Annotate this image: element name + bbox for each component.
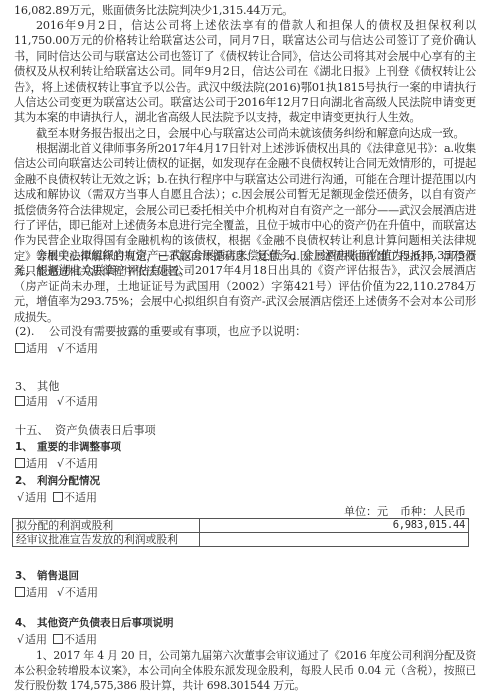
paragraph-dividend-resolution: 1、2017 年 4 月 20 日，公司第九届第六次董事会审议通过了《2016 …	[14, 648, 476, 691]
checkmark-icon: √	[17, 633, 24, 646]
applicable-label: 适用	[26, 457, 48, 470]
item-3-applicability: 适用√不适用	[15, 395, 98, 409]
applicable-label: 适用	[26, 395, 48, 408]
sub-2-applicability: √适用不适用	[17, 491, 97, 505]
sub-4-heading: 4、其他资产负债表日后事项说明	[15, 616, 174, 631]
paragraph-report-date-status: 截至本财务报告报出之日，会展中心与联富达公司尚未就该债务纠纷和解意向达成一致。	[14, 126, 476, 141]
checkbox-unchecked-icon	[15, 587, 25, 597]
checkmark-icon: √	[57, 457, 64, 470]
document-page: 16,082.89万元，账面债务比法院判决少1,315.44万元。 2016年9…	[0, 0, 490, 691]
table-cell-label: 拟分配的利润或股利	[13, 519, 200, 533]
applicable-label: 适用	[25, 491, 47, 504]
sub-4-title: 其他资产负债表日后事项说明	[37, 617, 174, 629]
paragraph-hotel-asset-valuation: 会展中心拟组织自有资产—武汉会展酒店来偿还债务，会展酒店账面价值为5,615.3…	[14, 248, 476, 325]
applicable-label: 适用	[25, 633, 47, 646]
sub-3-number: 3、	[15, 569, 37, 584]
sub-2-heading: 2、利润分配情况	[15, 474, 100, 489]
section-15-heading: 十五、资产负债表日后事项	[15, 423, 156, 438]
item-2-title: 公司没有需要披露的重要或有事项，也应予以说明：	[49, 325, 306, 338]
checkmark-icon: √	[17, 491, 24, 504]
item-3-other-heading: 3、其他	[15, 379, 59, 394]
checkbox-unchecked-icon	[15, 343, 25, 353]
checkmark-icon: √	[57, 395, 64, 408]
item-2-heading: (2).公司没有需要披露的重要或有事项，也应予以说明：	[15, 324, 306, 339]
paragraph-debt-difference: 16,082.89万元，账面债务比法院判决少1,315.44万元。	[14, 3, 476, 18]
item-3-number: 3、	[15, 379, 37, 394]
not-applicable-label: 不适用	[65, 342, 98, 355]
sub-1-title: 重要的非调整事项	[37, 441, 121, 453]
section-15-number: 十五、	[15, 423, 55, 438]
item-2-number: (2).	[15, 324, 49, 339]
checkbox-unchecked-icon	[15, 458, 25, 468]
section-15-title: 资产负债表日后事项	[55, 424, 156, 437]
not-applicable-label: 不适用	[64, 633, 97, 646]
checkmark-icon: √	[57, 586, 64, 599]
applicable-label: 适用	[26, 586, 48, 599]
sub-2-title: 利润分配情况	[37, 475, 100, 487]
sub-1-heading: 1、重要的非调整事项	[15, 440, 121, 455]
not-applicable-label: 不适用	[64, 491, 97, 504]
sub-1-number: 1、	[15, 440, 37, 455]
unit-currency-label: 单位：元币种：人民币	[344, 503, 466, 519]
sub-4-number: 4、	[15, 616, 37, 631]
sub-4-applicability: √适用不适用	[17, 633, 97, 647]
unit-label: 单位：元	[344, 505, 388, 518]
not-applicable-label: 不适用	[65, 457, 98, 470]
paragraph-debt-transfer: 2016年9月2日，信达公司将上述依法享有的借款人和担保人的债权及担保权利以11…	[14, 18, 476, 126]
checkbox-unchecked-icon	[15, 396, 25, 406]
table-row: 经审议批准宣告发放的利润或股利	[13, 533, 469, 547]
sub-2-number: 2、	[15, 474, 37, 489]
not-applicable-label: 不适用	[65, 395, 98, 408]
table-cell-value	[200, 533, 469, 547]
sub-3-applicability: 适用√不适用	[15, 586, 98, 600]
item-2-applicability: 适用√不适用	[15, 342, 98, 356]
applicable-label: 适用	[26, 342, 48, 355]
table-cell-label: 经审议批准宣告发放的利润或股利	[13, 533, 200, 547]
item-3-title: 其他	[37, 380, 59, 393]
not-applicable-label: 不适用	[65, 586, 98, 599]
checkbox-unchecked-icon	[53, 492, 63, 502]
sub-1-applicability: 适用√不适用	[15, 457, 98, 471]
profit-distribution-table: 拟分配的利润或股利 6,983,015.44 经审议批准宣告发放的利润或股利	[12, 518, 469, 547]
sub-3-title: 销售退回	[37, 570, 79, 582]
currency-label: 币种：人民币	[400, 505, 466, 518]
checkbox-unchecked-icon	[53, 634, 63, 644]
table-row: 拟分配的利润或股利 6,983,015.44	[13, 519, 469, 533]
sub-3-heading: 3、销售退回	[15, 569, 79, 584]
checkmark-icon: √	[57, 342, 64, 355]
table-cell-value: 6,983,015.44	[200, 519, 469, 533]
